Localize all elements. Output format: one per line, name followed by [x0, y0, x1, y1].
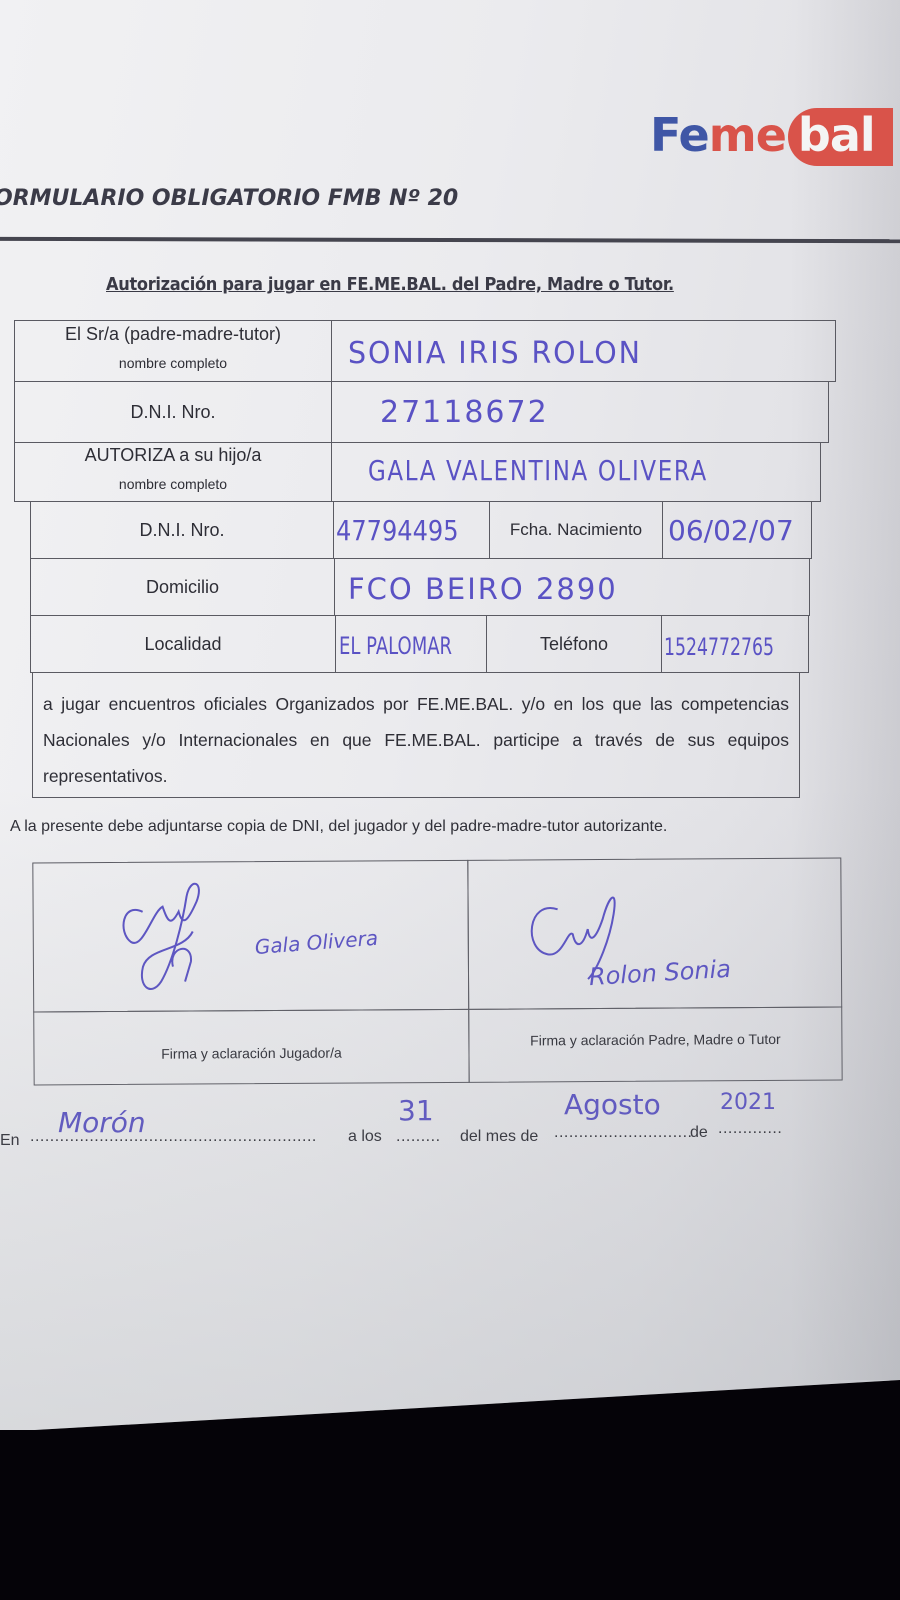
child-dni-label-cell: D.N.I. Nro. — [30, 501, 334, 559]
femebal-logo: Femebal — [650, 108, 893, 162]
day-value[interactable]: 31 — [398, 1094, 434, 1127]
en-label: En — [0, 1132, 20, 1150]
year-dots: ............. — [718, 1120, 782, 1138]
child-dni-label: D.N.I. Nro. — [139, 520, 224, 541]
locality-value: EL PALOMAR — [339, 632, 452, 660]
signature-table: Firma y aclaración Jugador/a Firma y acl… — [32, 858, 845, 1089]
place-value[interactable]: Morón — [58, 1106, 146, 1139]
player-signature-box[interactable] — [32, 860, 469, 1013]
logo-me: me — [709, 108, 786, 162]
address-label: Domicilio — [146, 577, 219, 598]
phone-label-cell: Teléfono — [486, 615, 662, 673]
year-value[interactable]: 2021 — [720, 1090, 776, 1115]
form-title: ORMULARIO OBLIGATORIO FMB Nº 20 — [0, 186, 458, 211]
player-signature-caption: Firma y aclaración Jugador/a — [161, 1045, 342, 1062]
logo-fe: Fe — [650, 108, 709, 162]
address-label-cell: Domicilio — [30, 558, 335, 616]
locality-label: Localidad — [144, 634, 221, 655]
player-signature-scribble — [112, 871, 243, 1002]
authorization-text: a jugar encuentros oficiales Organizados… — [32, 672, 800, 798]
birth-label: Fcha. Nacimiento — [510, 520, 642, 540]
mes-label: del mes de — [460, 1128, 538, 1146]
guardian-dni-value: 27118672 — [380, 395, 549, 430]
address-value: FCO BEIRO 2890 — [348, 572, 618, 606]
phone-label: Teléfono — [540, 634, 608, 655]
title-divider — [0, 237, 900, 243]
phone-value: 1524772765 — [664, 633, 774, 661]
child-name-value: GALA VALENTINA OLIVERA — [368, 454, 708, 487]
form-subtitle: Autorización para jugar en FE.ME.BAL. de… — [106, 274, 674, 295]
guardian-sublabel: nombre completo — [119, 355, 227, 371]
child-label-cell: AUTORIZA a su hijo/a nombre completo — [14, 442, 332, 502]
guardian-dni-label-cell: D.N.I. Nro. — [14, 381, 332, 443]
attachment-note: A la presente debe adjuntarse copia de D… — [10, 818, 667, 836]
guardian-name-value: SONIA IRIS ROLON — [348, 336, 642, 371]
birth-label-cell: Fcha. Nacimiento — [489, 501, 663, 559]
guardian-label-cell: El Sr/a (padre-madre-tutor) nombre compl… — [14, 320, 332, 382]
guardian-dni-label: D.N.I. Nro. — [130, 402, 215, 423]
guardian-label: El Sr/a (padre-madre-tutor) — [65, 324, 281, 345]
guardian-signature-caption: Firma y aclaración Padre, Madre o Tutor — [530, 1031, 781, 1049]
a-los-label: a los — [348, 1128, 382, 1146]
month-value[interactable]: Agosto — [564, 1088, 661, 1121]
form-paper: Femebal ORMULARIO OBLIGATORIO FMB Nº 20 … — [0, 0, 900, 1430]
logo-bal: bal — [788, 108, 893, 166]
day-dots: ......... — [396, 1128, 441, 1146]
paper-shadow — [790, 0, 900, 1380]
guardian-caption-cell: Firma y aclaración Padre, Madre o Tutor — [468, 1007, 842, 1083]
locality-label-cell: Localidad — [30, 615, 336, 673]
month-dots: ............................ — [554, 1124, 692, 1142]
child-sublabel: nombre completo — [119, 476, 227, 492]
de-label: de — [690, 1124, 708, 1142]
birth-date-value: 06/02/07 — [668, 514, 794, 547]
child-dni-value: 47794495 — [336, 514, 459, 547]
child-label: AUTORIZA a su hijo/a — [85, 445, 262, 466]
player-caption-cell: Firma y aclaración Jugador/a — [33, 1009, 469, 1086]
